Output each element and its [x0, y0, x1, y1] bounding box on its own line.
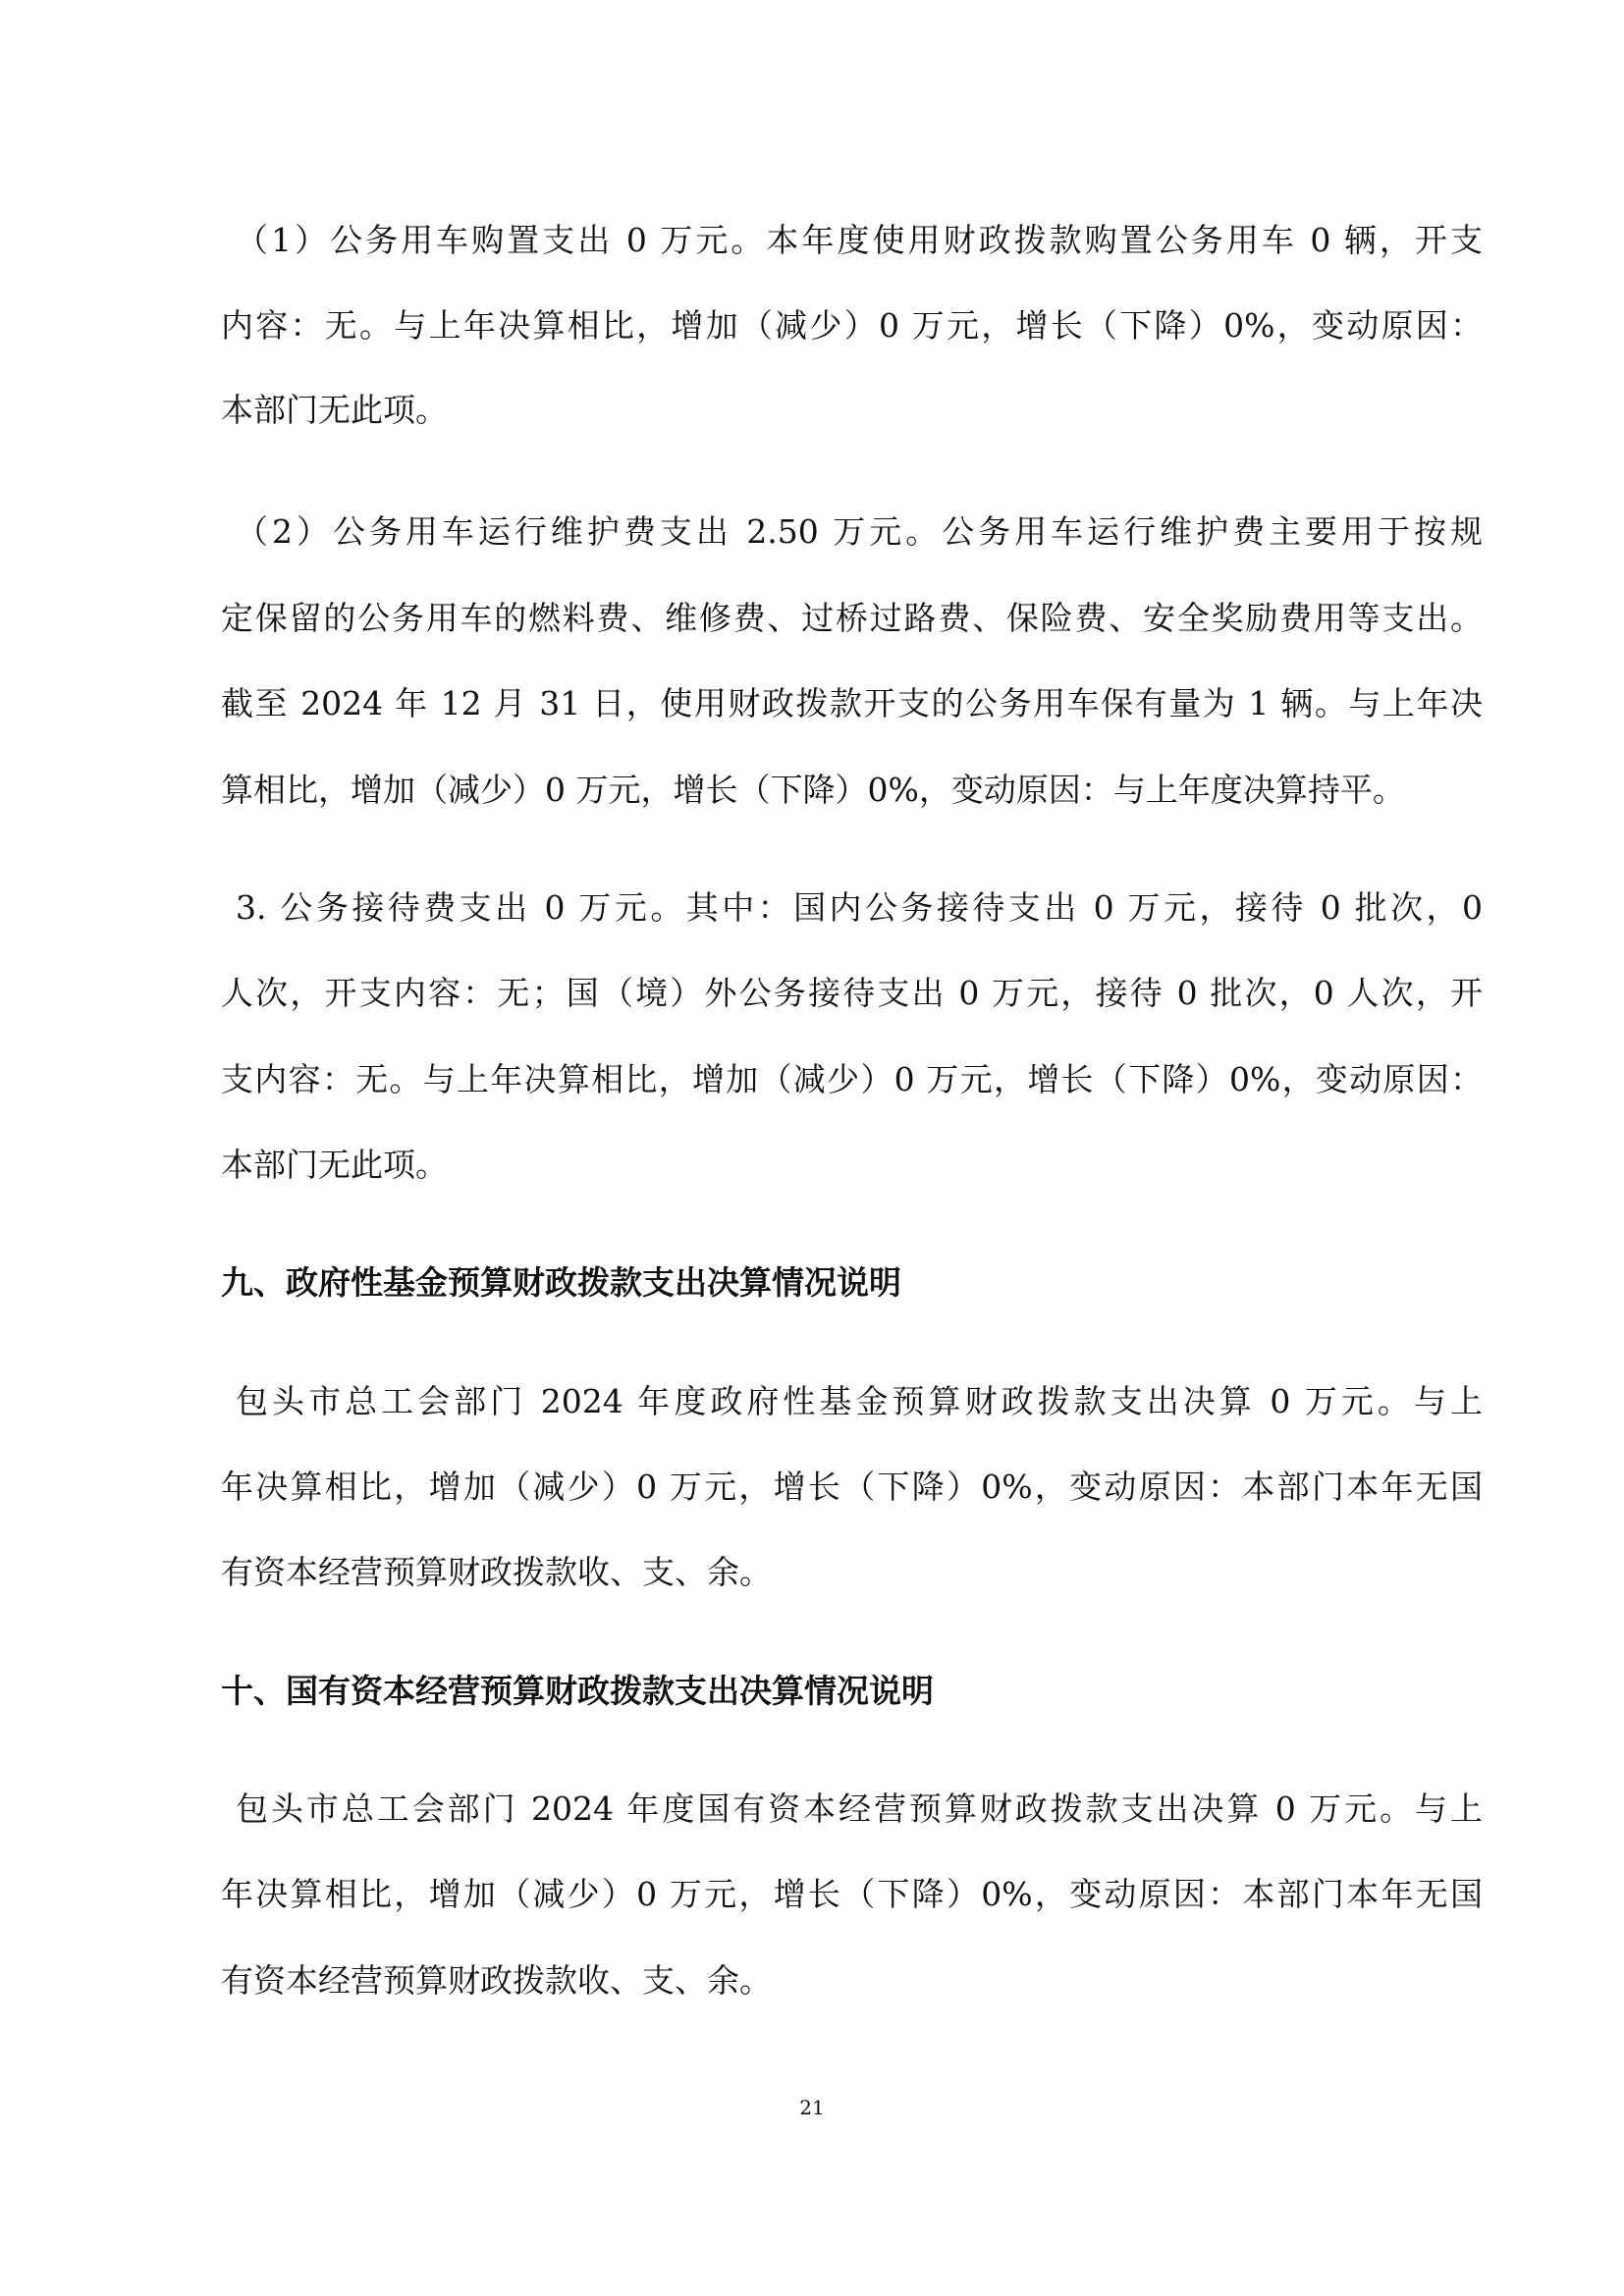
text-line: 人次，开支内容：无；国（境）外公务接待支出 0 万元，接待 0 批次，0 人次，…: [221, 974, 1483, 1013]
text-line: （2）公务用车运行维护费支出 2.50 万元。公务用车运行维护费主要用于按规: [236, 512, 1483, 552]
text-line: 包头市总工会部门 2024 年度国有资本经营预算财政拨款支出决算 0 万元。与上: [236, 1789, 1483, 1829]
text-line: 包头市总工会部门 2024 年度政府性基金预算财政拨款支出决算 0 万元。与上: [236, 1382, 1483, 1421]
text-line: 本部门无此项。: [221, 391, 1483, 430]
text-line: 截至 2024 年 12 月 31 日，使用财政拨款开支的公务用车保有量为 1 …: [221, 684, 1483, 723]
text-line: 本部门无此项。: [221, 1146, 1483, 1185]
text-line: 有资本经营预算财政拨款收、支、余。: [221, 1553, 1483, 1592]
text-line: 年决算相比，增加（减少）0 万元，增长（下降）0%，变动原因：本部门本年无国: [221, 1468, 1483, 1507]
section-heading: 九、政府性基金预算财政拨款支出决算情况说明: [221, 1263, 901, 1303]
text-line: 支内容：无。与上年决算相比，增加（减少）0 万元，增长（下降）0%，变动原因：: [221, 1060, 1483, 1099]
text-line: 有资本经营预算财政拨款收、支、余。: [221, 1961, 1483, 2001]
text-line: （1）公务用车购置支出 0 万元。本年度使用财政拨款购置公务用车 0 辆，开支: [236, 221, 1483, 260]
text-line: 内容：无。与上年决算相比，增加（减少）0 万元，增长（下降）0%，变动原因：: [221, 306, 1483, 346]
text-line: 定保留的公务用车的燃料费、维修费、过桥过路费、保险费、安全奖励费用等支出。: [221, 599, 1483, 638]
text-line: 3. 公务接待费支出 0 万元。其中：国内公务接待支出 0 万元，接待 0 批次…: [236, 888, 1483, 928]
text-line: 算相比，增加（减少）0 万元，增长（下降）0%，变动原因：与上年度决算持平。: [221, 771, 1483, 810]
section-heading: 十、国有资本经营预算财政拨款支出决算情况说明: [221, 1672, 934, 1711]
page-number: 21: [0, 2096, 1624, 2119]
text-line: 年决算相比，增加（减少）0 万元，增长（下降）0%，变动原因：本部门本年无国: [221, 1875, 1483, 1914]
